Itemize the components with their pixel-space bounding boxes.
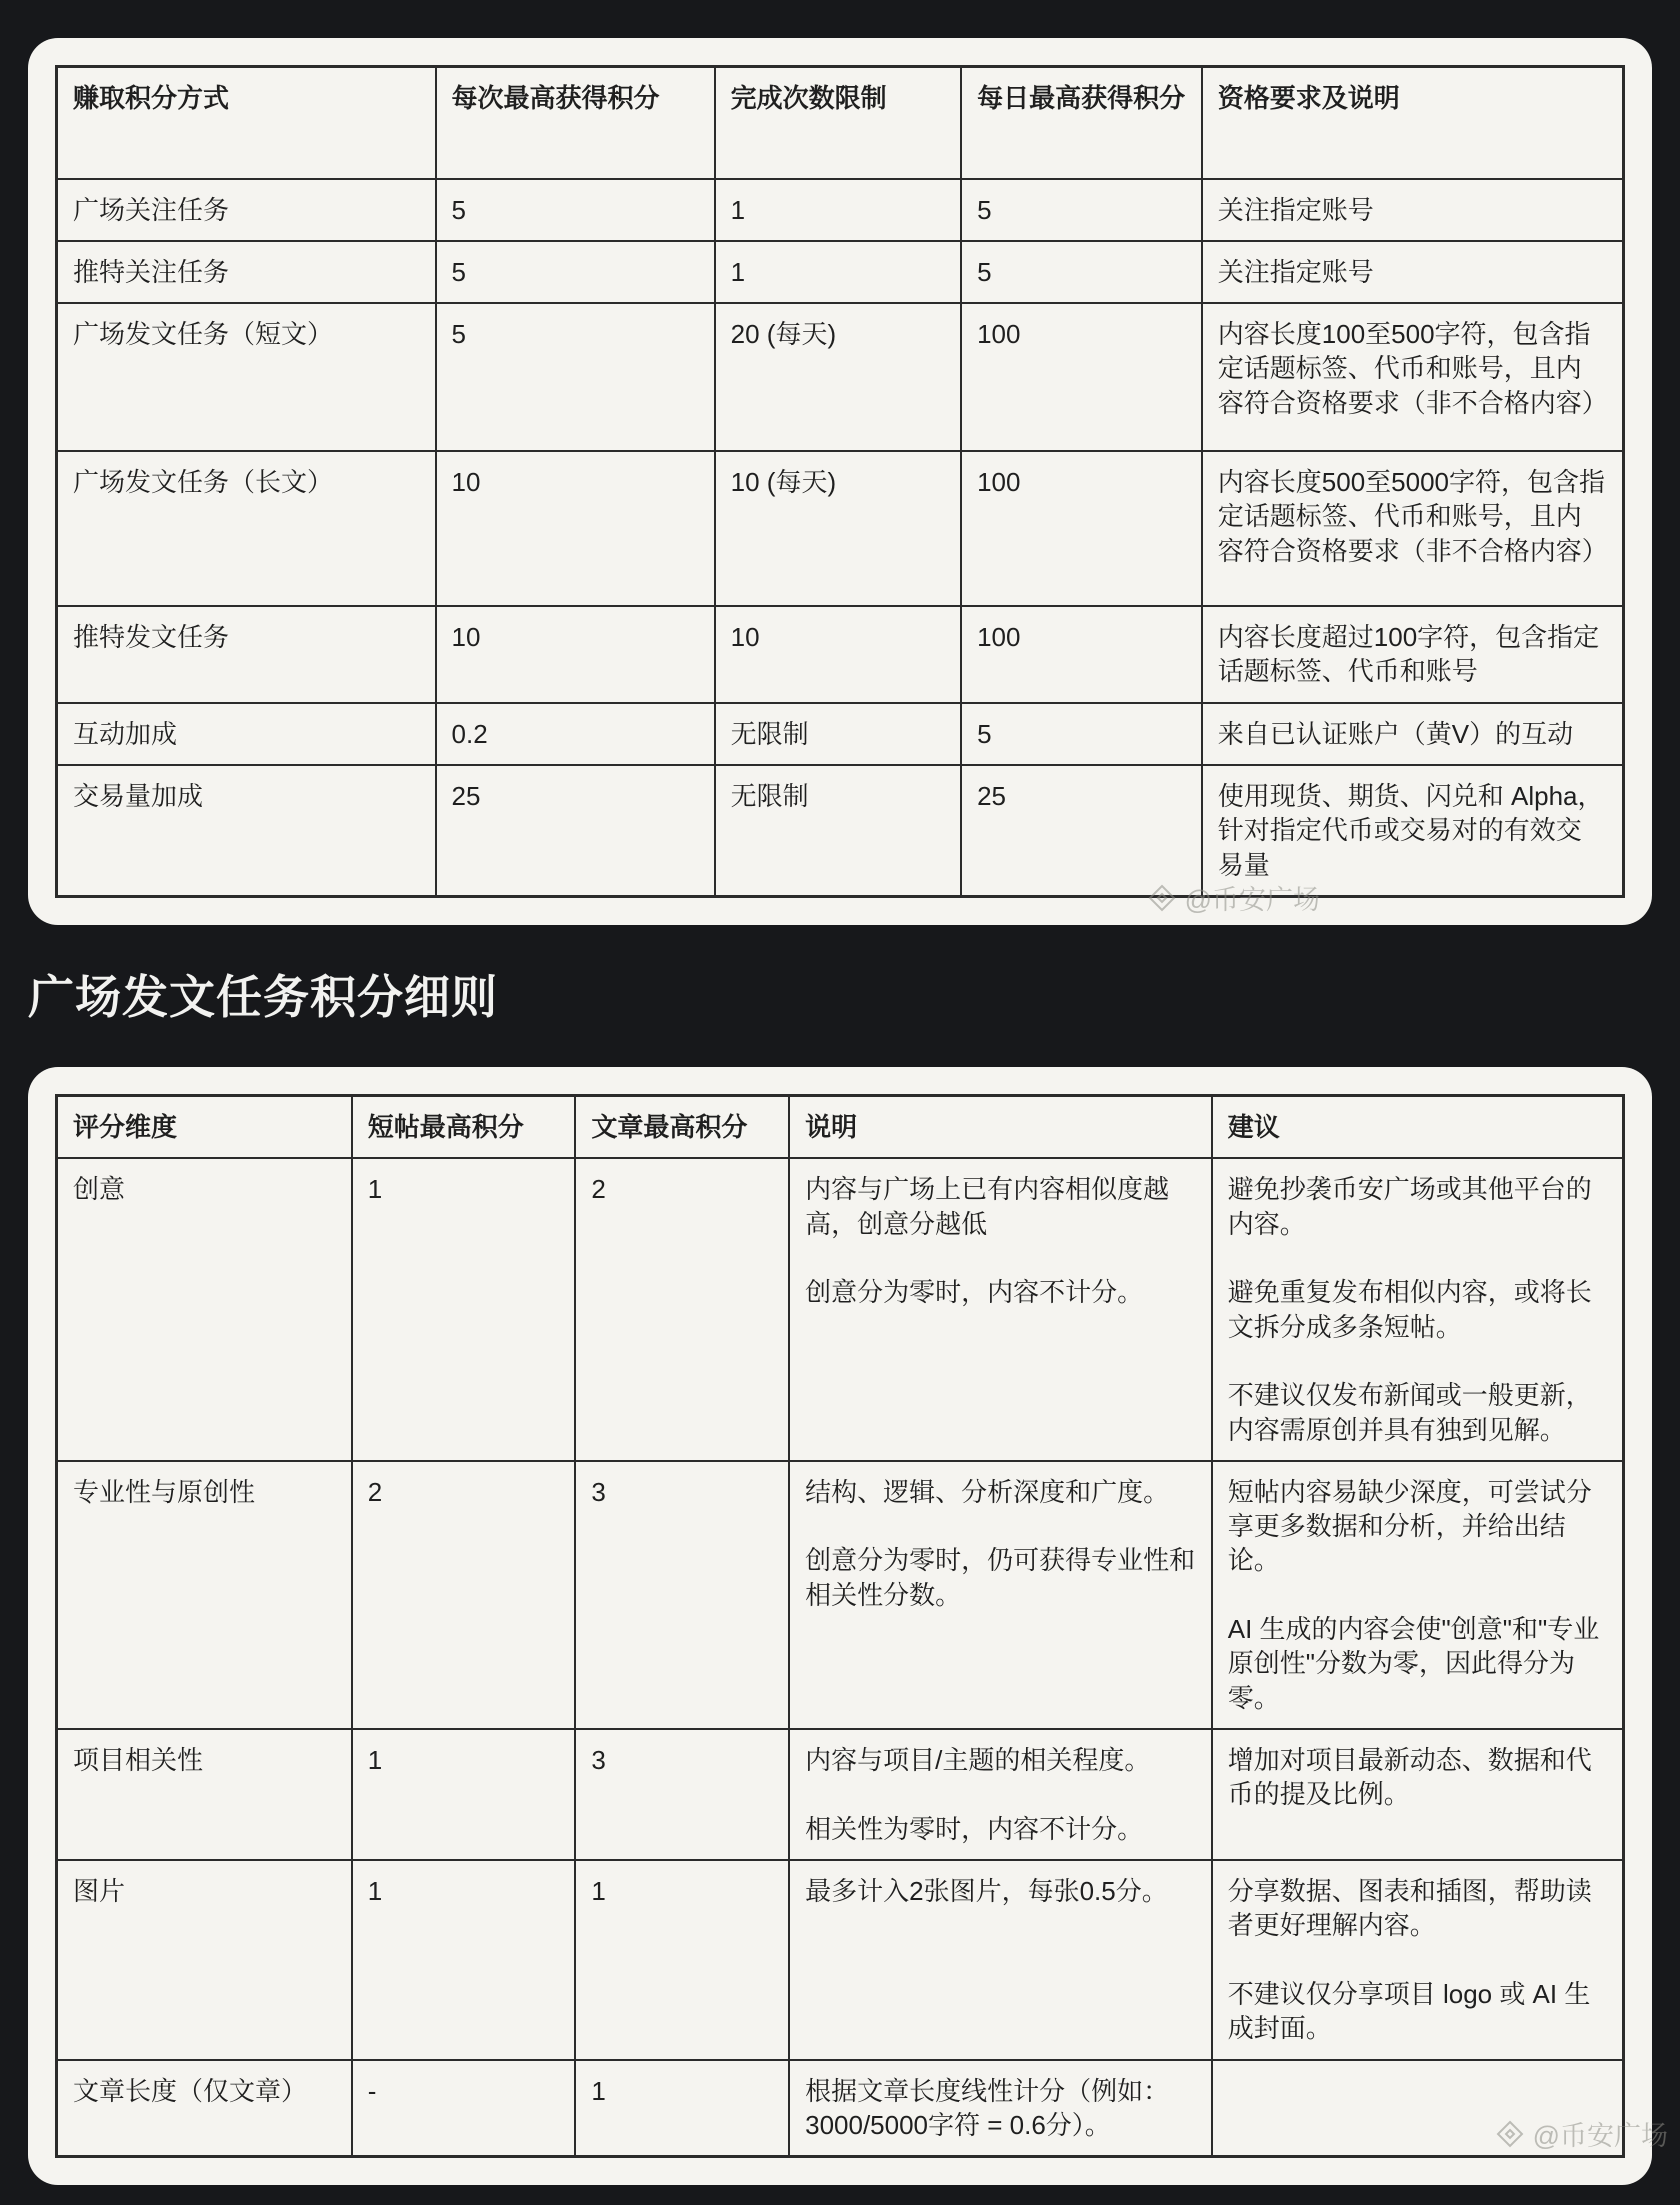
table-cell: 内容长度500至5000字符，包含指定话题标签、代币和账号，且内容符合资格要求（… [1202, 451, 1624, 606]
table-cell: 图片 [57, 1860, 352, 2060]
table-cell: 100 [961, 606, 1202, 703]
table-cell: 5 [961, 703, 1202, 765]
table-cell: 100 [961, 451, 1202, 606]
table-cell: 25 [436, 765, 715, 896]
table-cell: 内容与项目/主题的相关程度。 相关性为零时，内容不计分。 [789, 1729, 1212, 1860]
table-cell: 20 (每天) [715, 303, 961, 451]
table-cell: 关注指定账号 [1202, 241, 1624, 303]
table-cell: 专业性与原创性 [57, 1461, 352, 1729]
column-header: 评分维度 [57, 1096, 352, 1159]
earning-points-card: 赚取积分方式每次最高获得积分完成次数限制每日最高获得积分资格要求及说明 广场关注… [28, 38, 1652, 925]
table-cell: 互动加成 [57, 703, 436, 765]
table-cell: 10 [436, 606, 715, 703]
table-cell: 10 [436, 451, 715, 606]
column-header: 完成次数限制 [715, 67, 961, 179]
table-cell: 10 (每天) [715, 451, 961, 606]
table-cell: 广场发文任务（短文） [57, 303, 436, 451]
table-cell: - [352, 2060, 576, 2157]
table-row: 文章长度（仅文章）-1根据文章长度线性计分（例如：3000/5000字符 = 0… [57, 2060, 1624, 2157]
table-row: 项目相关性13内容与项目/主题的相关程度。 相关性为零时，内容不计分。增加对项目… [57, 1729, 1624, 1860]
column-header: 资格要求及说明 [1202, 67, 1624, 179]
table-cell: 5 [961, 179, 1202, 241]
table-cell: 无限制 [715, 703, 961, 765]
table-cell: 广场发文任务（长文） [57, 451, 436, 606]
column-header: 说明 [789, 1096, 1212, 1159]
table-row: 交易量加成25无限制25使用现货、期货、闪兑和 Alpha，针对指定代币或交易对… [57, 765, 1624, 896]
table-cell [1212, 2060, 1624, 2157]
table-cell: 内容长度100至500字符，包含指定话题标签、代币和账号，且内容符合资格要求（非… [1202, 303, 1624, 451]
table-cell: 1 [575, 2060, 789, 2157]
table-cell: 1 [352, 1860, 576, 2060]
table-cell: 25 [961, 765, 1202, 896]
table-cell: 3 [575, 1461, 789, 1729]
table-cell: 1 [715, 241, 961, 303]
table-row: 推特关注任务515关注指定账号 [57, 241, 1624, 303]
table-cell: 1 [352, 1158, 576, 1461]
column-header: 赚取积分方式 [57, 67, 436, 179]
table-row: 互动加成0.2无限制5来自已认证账户（黄V）的互动 [57, 703, 1624, 765]
table-cell: 10 [715, 606, 961, 703]
table-row: 创意12内容与广场上已有内容相似度越高，创意分越低 创意分为零时，内容不计分。避… [57, 1158, 1624, 1461]
table-cell: 来自已认证账户（黄V）的互动 [1202, 703, 1624, 765]
earning-points-table: 赚取积分方式每次最高获得积分完成次数限制每日最高获得积分资格要求及说明 广场关注… [55, 65, 1625, 898]
table-row: 专业性与原创性23结构、逻辑、分析深度和广度。 创意分为零时，仍可获得专业性和相… [57, 1461, 1624, 1729]
table-cell: 根据文章长度线性计分（例如：3000/5000字符 = 0.6分）。 [789, 2060, 1212, 2157]
table-cell: 内容与广场上已有内容相似度越高，创意分越低 创意分为零时，内容不计分。 [789, 1158, 1212, 1461]
table-cell: 关注指定账号 [1202, 179, 1624, 241]
table-cell: 短帖内容易缺少深度，可尝试分享更多数据和分析，并给出结论。 AI 生成的内容会使… [1212, 1461, 1624, 1729]
table-row: 广场发文任务（长文）1010 (每天)100内容长度500至5000字符，包含指… [57, 451, 1624, 606]
table-cell: 创意 [57, 1158, 352, 1461]
header-row: 评分维度短帖最高积分文章最高积分说明建议 [57, 1096, 1624, 1159]
table-cell: 推特发文任务 [57, 606, 436, 703]
table-cell: 交易量加成 [57, 765, 436, 896]
table-cell: 项目相关性 [57, 1729, 352, 1860]
table-cell: 5 [436, 179, 715, 241]
post-task-scoring-table: 评分维度短帖最高积分文章最高积分说明建议 创意12内容与广场上已有内容相似度越高… [55, 1094, 1625, 2158]
section-title: 广场发文任务积分细则 [28, 961, 1652, 1027]
table-cell: 3 [575, 1729, 789, 1860]
column-header: 建议 [1212, 1096, 1624, 1159]
post-task-scoring-card: 评分维度短帖最高积分文章最高积分说明建议 创意12内容与广场上已有内容相似度越高… [28, 1067, 1652, 2185]
table-cell: 0.2 [436, 703, 715, 765]
table-cell: 2 [352, 1461, 576, 1729]
table-cell: 分享数据、图表和插图，帮助读者更好理解内容。 不建议仅分享项目 logo 或 A… [1212, 1860, 1624, 2060]
table-cell: 推特关注任务 [57, 241, 436, 303]
table-cell: 内容长度超过100字符，包含指定话题标签、代币和账号 [1202, 606, 1624, 703]
column-header: 每次最高获得积分 [436, 67, 715, 179]
column-header: 每日最高获得积分 [961, 67, 1202, 179]
table-cell: 100 [961, 303, 1202, 451]
table-cell: 广场关注任务 [57, 179, 436, 241]
table-cell: 1 [575, 1860, 789, 2060]
table-cell: 5 [436, 241, 715, 303]
table-cell: 5 [436, 303, 715, 451]
table-cell: 1 [352, 1729, 576, 1860]
table-row: 推特发文任务1010100内容长度超过100字符，包含指定话题标签、代币和账号 [57, 606, 1624, 703]
table-cell: 文章长度（仅文章） [57, 2060, 352, 2157]
table-cell: 2 [575, 1158, 789, 1461]
table-row: 图片11最多计入2张图片，每张0.5分。分享数据、图表和插图，帮助读者更好理解内… [57, 1860, 1624, 2060]
table-cell: 无限制 [715, 765, 961, 896]
header-row: 赚取积分方式每次最高获得积分完成次数限制每日最高获得积分资格要求及说明 [57, 67, 1624, 179]
table-cell: 5 [961, 241, 1202, 303]
table-cell: 避免抄袭币安广场或其他平台的内容。 避免重复发布相似内容，或将长文拆分成多条短帖… [1212, 1158, 1624, 1461]
table-row: 广场发文任务（短文）520 (每天)100内容长度100至500字符，包含指定话… [57, 303, 1624, 451]
table-cell: 增加对项目最新动态、数据和代币的提及比例。 [1212, 1729, 1624, 1860]
column-header: 文章最高积分 [575, 1096, 789, 1159]
table-row: 广场关注任务515关注指定账号 [57, 179, 1624, 241]
table-cell: 使用现货、期货、闪兑和 Alpha，针对指定代币或交易对的有效交易量 [1202, 765, 1624, 896]
table-cell: 最多计入2张图片，每张0.5分。 [789, 1860, 1212, 2060]
table-cell: 1 [715, 179, 961, 241]
column-header: 短帖最高积分 [352, 1096, 576, 1159]
table-cell: 结构、逻辑、分析深度和广度。 创意分为零时，仍可获得专业性和相关性分数。 [789, 1461, 1212, 1729]
